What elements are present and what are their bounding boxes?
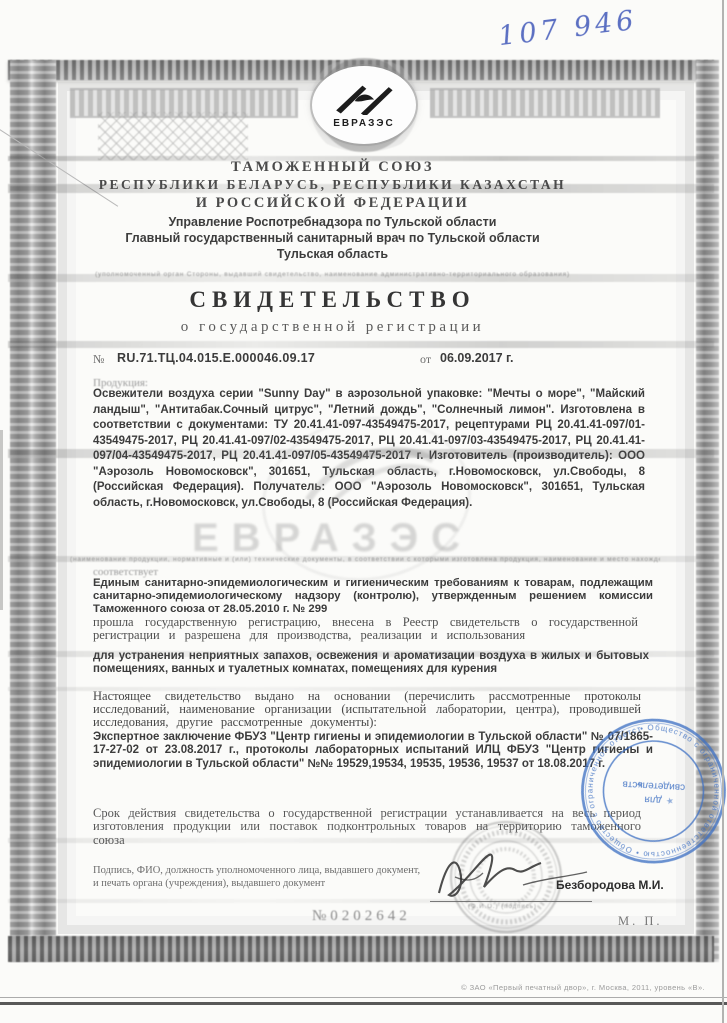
printer-imprint: © ЗАО «Первый печатный двор», г. Москва,… bbox=[370, 983, 705, 992]
header-chief-doctor: Главный государственный санитарный врач … bbox=[60, 230, 605, 246]
signature bbox=[425, 843, 597, 910]
header-republics: РЕСПУБЛИКИ БЕЛАРУСЬ, РЕСПУБЛИКИ КАЗАХСТА… bbox=[60, 176, 605, 194]
form-number: №0202642 bbox=[312, 908, 411, 925]
document-title: СВИДЕТЕЛЬСТВО bbox=[60, 287, 605, 313]
header-region: Тульская область bbox=[60, 246, 605, 262]
header-authority: Управление Роспотребнадзора по Тульской … bbox=[60, 214, 605, 230]
document-subtitle: о государственной регистрации bbox=[60, 319, 605, 336]
header-federation: И РОССИЙСКОЙ ФЕДЕРАЦИИ bbox=[60, 194, 605, 212]
eurasec-swoosh-icon bbox=[333, 81, 395, 120]
handwritten-number: 107 946 bbox=[497, 2, 660, 52]
blue-stamp-center-line2: свидетельств bbox=[622, 778, 685, 792]
page-edge-shadow bbox=[0, 430, 3, 610]
guilloche-mesh-pattern bbox=[98, 112, 248, 160]
header-customs-union: ТАМОЖЕННЫЙ СОЮЗ bbox=[60, 158, 605, 176]
fine-print-issuing-body: (уполномоченный орган Стороны, выдавший … bbox=[60, 271, 605, 278]
border-left bbox=[10, 60, 56, 962]
scanned-certificate-page: 107 946 ЕВРАЗЭС ТАМОЖЕННЫЙ СОЮЗ РЕСПУБЛИ… bbox=[0, 0, 727, 1023]
seal-place-mark: М. П. bbox=[618, 914, 663, 929]
logo-label: ЕВРАЗЭС bbox=[333, 118, 395, 129]
header-block: ТАМОЖЕННЫЙ СОЮЗ РЕСПУБЛИКИ БЕЛАРУСЬ, РЕС… bbox=[60, 158, 605, 262]
border-bottom bbox=[8, 936, 714, 962]
blue-stamp-center-line1: для bbox=[644, 794, 662, 806]
logo-right-wing bbox=[430, 88, 660, 118]
svg-text:★: ★ bbox=[665, 795, 675, 806]
page-bottom-rule bbox=[0, 997, 727, 998]
eurasec-logo: ЕВРАЗЭС bbox=[312, 66, 416, 144]
logo-left-wing bbox=[70, 88, 298, 118]
page-edge-shadow bbox=[722, 0, 724, 1023]
page-bottom-rule bbox=[0, 1002, 727, 1005]
